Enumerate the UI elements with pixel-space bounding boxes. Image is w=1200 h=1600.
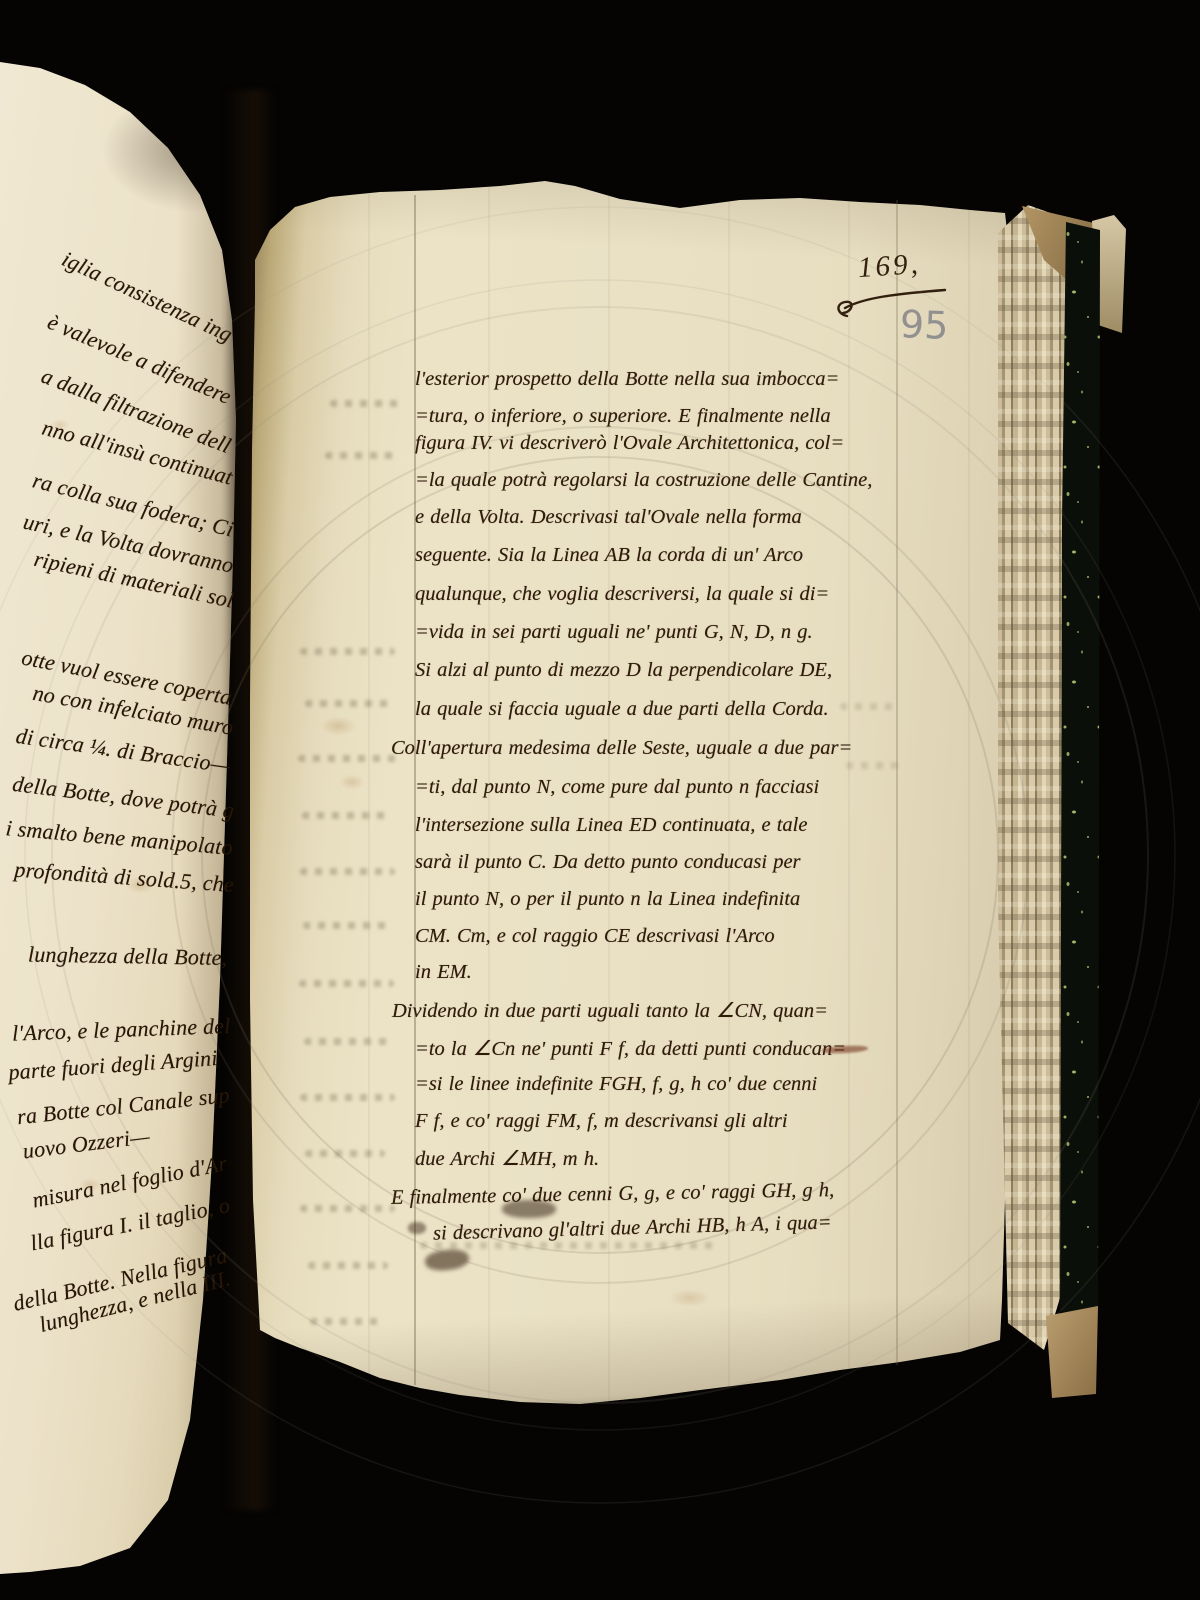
manuscript-text-line: =tura, o inferiore, o superiore. E final… — [415, 405, 831, 428]
bleedthrough-mark — [300, 1205, 395, 1212]
ink-smudge — [408, 1222, 426, 1234]
manuscript-text-line: seguente. Sia la Linea AB la corda di un… — [415, 544, 803, 567]
manuscript-text-line: Si alzi al punto di mezzo D la perpendic… — [415, 659, 832, 682]
page-number-ink: 169, — [857, 248, 922, 285]
manuscript-text-line: l'intersezione sulla Linea ED continuata… — [415, 814, 807, 837]
manuscript-text-line: =ti, dal punto N, come pure dal punto n … — [415, 776, 819, 799]
manuscript-text-line: F f, e co' raggi FM, f, m descrivansi gl… — [415, 1110, 788, 1133]
page-edge-stack — [998, 205, 1066, 1355]
manuscript-text-line: sarà il punto C. Da detto punto conducas… — [415, 851, 801, 874]
manuscript-photo: iglia consistenza ing è valevole a difen… — [0, 0, 1200, 1600]
manuscript-text-line: Dividendo in due parti uguali tanto la ∠… — [392, 998, 828, 1023]
bleedthrough-mark — [303, 922, 388, 929]
marbled-cover — [1060, 222, 1102, 1334]
manuscript-text-line: =la quale potrà regolarsi la costruzione… — [415, 469, 872, 492]
manuscript-text-line: =vida in sei parti uguali ne' punti G, N… — [415, 621, 813, 644]
bleedthrough-mark — [330, 400, 400, 407]
cover-board-corner — [1044, 1306, 1100, 1400]
bleedthrough-mark — [300, 648, 395, 655]
bleedthrough-mark — [325, 452, 400, 459]
manuscript-text-line: CM. Cm, e col raggio CE descrivasi l'Arc… — [415, 925, 775, 948]
bleedthrough-mark — [302, 812, 392, 819]
manuscript-text-line: =si le linee indefinite FGH, f, g, h co'… — [415, 1073, 817, 1096]
manuscript-text-line: =to la ∠Cn ne' punti F f, da detti punti… — [415, 1036, 846, 1061]
manuscript-text-line: Coll'apertura medesima delle Seste, ugua… — [391, 737, 852, 760]
bleedthrough-mark — [308, 1262, 388, 1269]
manuscript-text-line: il punto N, o per il punto n la Linea in… — [415, 888, 800, 911]
bleedthrough-mark — [300, 868, 395, 875]
bleedthrough-mark — [305, 1150, 385, 1157]
bleedthrough-mark — [304, 1038, 389, 1045]
bleedthrough-mark — [305, 700, 390, 707]
manuscript-text-line: in EM. — [415, 961, 472, 984]
manuscript-text-line: due Archi ∠MH, m h. — [415, 1146, 599, 1171]
ink-smudge — [502, 1200, 556, 1218]
left-page-text-fragment: lunghezza della Botte, — [27, 942, 227, 971]
bleedthrough-mark — [299, 980, 394, 987]
manuscript-text-line: l'esterior prospetto della Botte nella s… — [415, 368, 839, 391]
page-number-pencil: 95 — [899, 302, 949, 348]
manuscript-text-line: qualunque, che voglia descriversi, la qu… — [415, 583, 829, 606]
bleedthrough-mark — [310, 1318, 380, 1325]
margin-rule-right — [896, 200, 898, 1365]
manuscript-text-line: e della Volta. Descrivasi tal'Ovale nell… — [415, 506, 802, 529]
bleedthrough-mark — [840, 703, 898, 710]
bleedthrough-mark — [300, 1094, 395, 1101]
bleedthrough-mark — [298, 755, 398, 762]
manuscript-text-line: figura IV. vi descriverò l'Ovale Archite… — [415, 432, 844, 455]
manuscript-text-line: la quale si faccia uguale a due parti de… — [415, 698, 829, 721]
bleedthrough-mark — [846, 762, 898, 769]
